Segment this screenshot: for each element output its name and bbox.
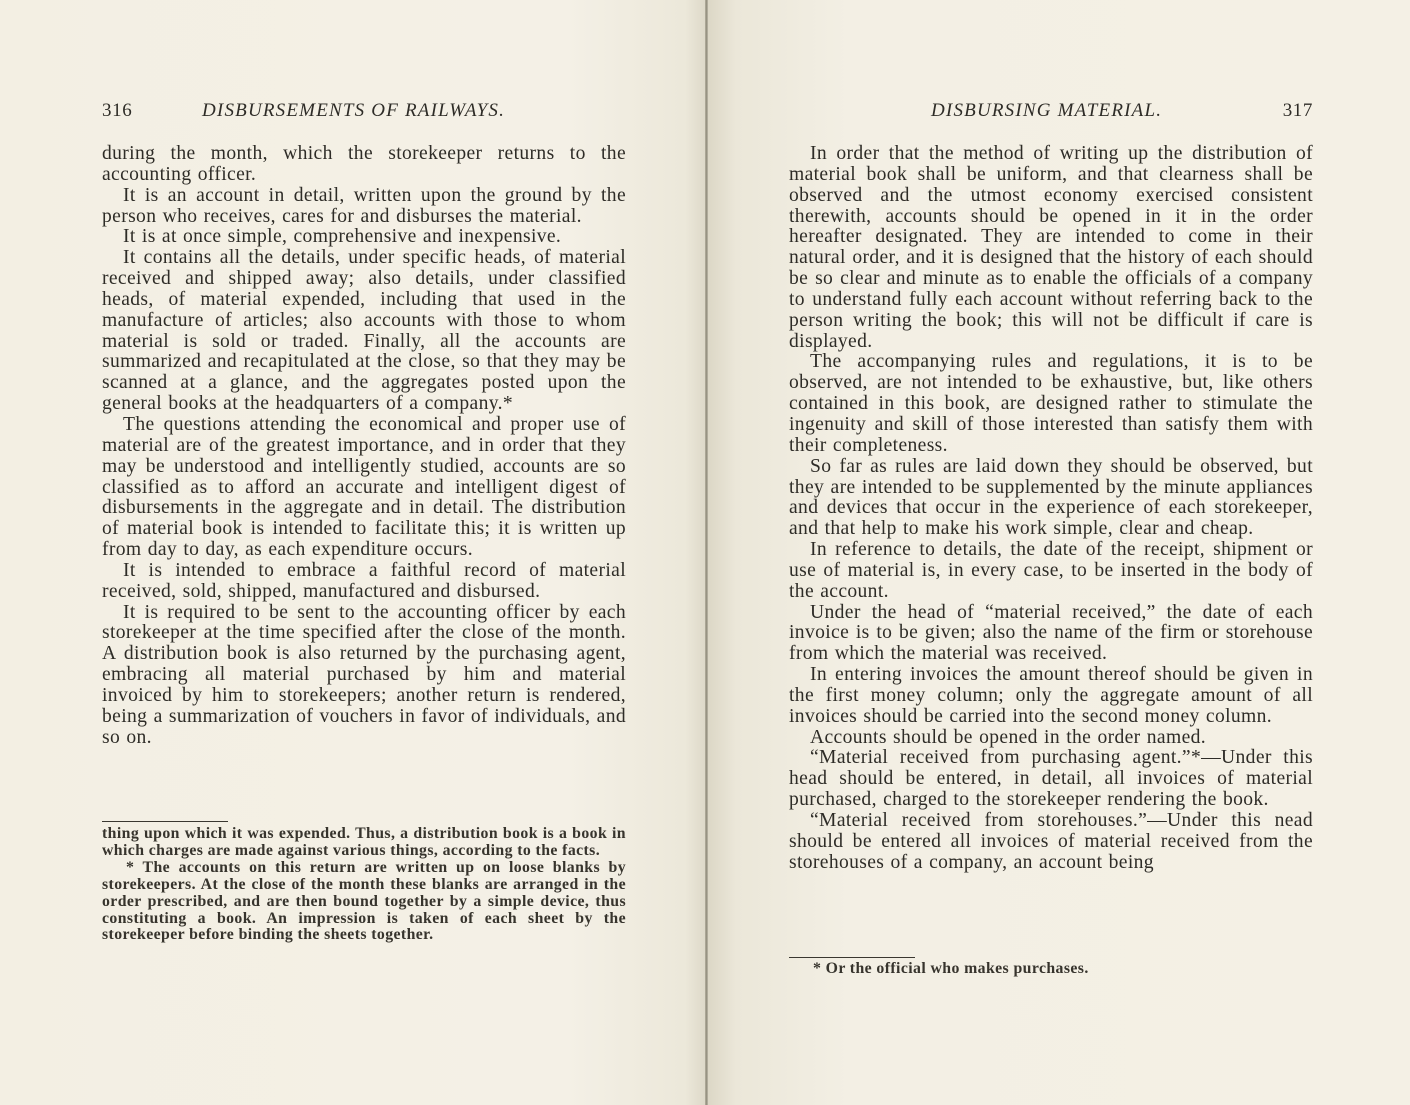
paragraph: It contains all the details, under speci… [102, 248, 626, 415]
running-head-title: DISBURSING MATERIAL. [931, 100, 1162, 122]
footnote: thing upon which it was expended. Thus, … [102, 826, 626, 860]
paragraph: It is an account in detail, written upon… [102, 186, 626, 228]
left-footnotes: thing upon which it was expended. Thus, … [102, 826, 626, 944]
paragraph: during the month, which the storekeeper … [102, 144, 626, 186]
page-number: 317 [1283, 100, 1313, 122]
book-spread: 316 DISBURSEMENTS OF RAILWAYS. during th… [0, 0, 1410, 1105]
left-body-text: during the month, which the storekeeper … [102, 144, 626, 748]
right-running-head: DISBURSING MATERIAL. 317 [789, 100, 1313, 124]
footnote-rule [789, 957, 915, 958]
left-page: 316 DISBURSEMENTS OF RAILWAYS. during th… [0, 0, 706, 1105]
paragraph: “Material received from purchasing agent… [789, 748, 1313, 811]
paragraph: In reference to details, the date of the… [789, 540, 1313, 603]
paragraph: In entering invoices the amount thereof … [789, 665, 1313, 728]
paragraph: It is intended to embrace a faithful rec… [102, 561, 626, 603]
paragraph: “Material received from storehouses.”—Un… [789, 811, 1313, 874]
right-body-text: In order that the method of writing up t… [789, 144, 1313, 874]
left-running-head: 316 DISBURSEMENTS OF RAILWAYS. [102, 100, 626, 124]
footnote: * Or the official who makes purchases. [789, 961, 1313, 978]
paragraph: It is required to be sent to the account… [102, 603, 626, 749]
paragraph: Under the head of “material received,” t… [789, 603, 1313, 666]
paragraph: So far as rules are laid down they shoul… [789, 457, 1313, 540]
running-head-title: DISBURSEMENTS OF RAILWAYS. [202, 100, 505, 122]
right-page: DISBURSING MATERIAL. 317 In order that t… [708, 0, 1410, 1105]
footnote: * The accounts on this return are writte… [102, 860, 626, 945]
page-number: 316 [102, 100, 132, 122]
paragraph: In order that the method of writing up t… [789, 144, 1313, 352]
paragraph: The questions attending the economical a… [102, 415, 626, 561]
paragraph: It is at once simple, comprehensive and … [102, 227, 626, 248]
right-footnotes: * Or the official who makes purchases. [789, 961, 1313, 978]
paragraph: The accompanying rules and regulations, … [789, 352, 1313, 456]
footnote-rule [102, 821, 228, 822]
paragraph: Accounts should be opened in the order n… [789, 728, 1313, 749]
